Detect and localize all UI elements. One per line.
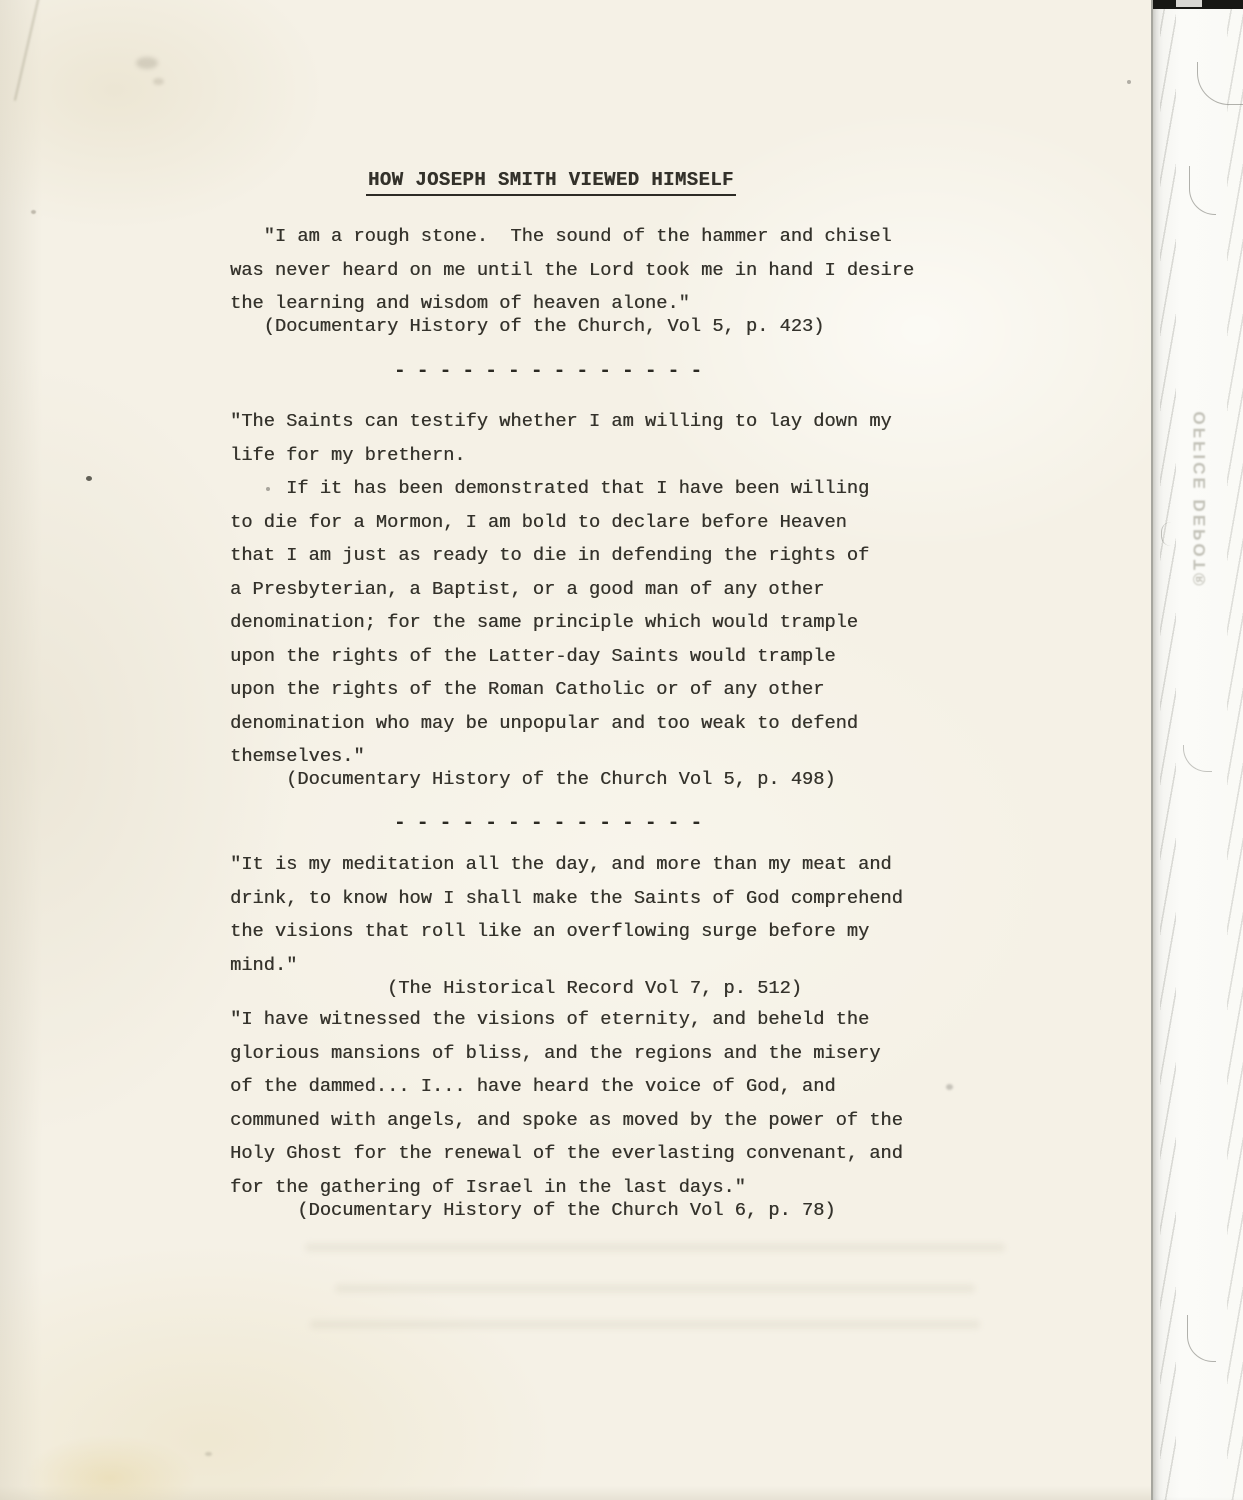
quote-text: "It is my meditation all the day, and mo… <box>230 848 903 982</box>
sheet-protector-curl <box>1187 1315 1216 1362</box>
scanned-page: HOW JOSEPH SMITH VIEWED HIMSELF "I am a … <box>0 0 1243 1500</box>
paper-speck <box>31 210 36 214</box>
paper-sheet: HOW JOSEPH SMITH VIEWED HIMSELF "I am a … <box>0 0 1153 1500</box>
paper-smudge <box>153 78 164 85</box>
ink-speck <box>86 476 92 481</box>
scan-edge-gap <box>1176 0 1202 7</box>
citation-3: (The Historical Record Vol 7, p. 512) <box>230 972 903 1006</box>
perforation-marks-right <box>1227 0 1243 1500</box>
quote-block-4: "I have witnessed the visions of eternit… <box>230 1003 903 1227</box>
citation-4: (Documentary History of the Church Vol 6… <box>230 1194 903 1228</box>
quote-text: "I am a rough stone. The sound of the ha… <box>230 220 914 321</box>
perforation-marks-left <box>1160 0 1176 1500</box>
sheet-protector-curl <box>1183 745 1212 772</box>
quote-text: "The Saints can testify whether I am wil… <box>230 405 892 774</box>
show-through-line <box>305 1243 1005 1252</box>
show-through-line <box>310 1320 980 1329</box>
paper-speck <box>205 1452 212 1456</box>
citation-1: (Documentary History of the Church, Vol … <box>230 310 914 344</box>
paper-speck <box>946 1084 953 1090</box>
quote-block-1: "I am a rough stone. The sound of the ha… <box>230 220 914 344</box>
office-depot-watermark: OFFICE DEPOT® <box>1190 411 1210 588</box>
paper-smudge <box>136 57 158 69</box>
quote-block-3: "It is my meditation all the day, and mo… <box>230 848 903 1005</box>
quote-block-2: "The Saints can testify whether I am wil… <box>230 405 892 797</box>
show-through-line <box>335 1284 975 1293</box>
dash-separator-2: - - - - - - - - - - - - - - <box>394 807 702 840</box>
binder-edge-strip: OFFICE DEPOT® <box>1153 0 1243 1500</box>
quote-text: "I have witnessed the visions of eternit… <box>230 1003 903 1204</box>
paper-speck <box>1127 80 1131 84</box>
sheet-protector-curl <box>1189 166 1216 215</box>
sheet-protector-curl <box>1161 522 1172 546</box>
corner-crease <box>14 0 40 101</box>
citation-2: (Documentary History of the Church Vol 5… <box>230 763 892 797</box>
dash-separator-1: - - - - - - - - - - - - - - <box>394 355 702 388</box>
document-title: HOW JOSEPH SMITH VIEWED HIMSELF <box>366 169 736 196</box>
sheet-protector-curl <box>1197 62 1243 105</box>
